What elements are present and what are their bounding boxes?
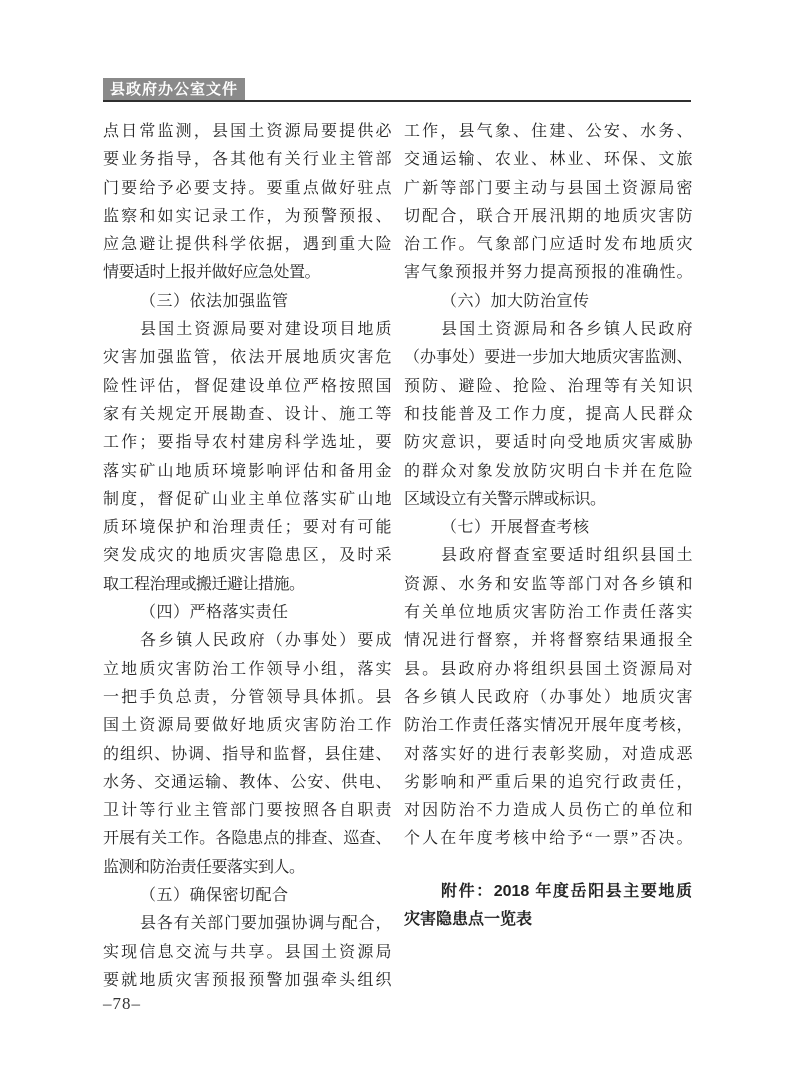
body-text-line: 防灾意识，要适时向受地质灾害威胁	[404, 429, 692, 457]
attachment-note-line: 灾害隐患点一览表	[404, 906, 692, 934]
section-heading-line: （四）严格落实责任	[103, 599, 391, 627]
header-rule-divider	[103, 100, 691, 102]
body-text-line: 质环境保护和治理责任；要对有可能	[103, 514, 391, 542]
body-text-line: 开展有关工作。各隐患点的排查、巡查、	[103, 825, 391, 853]
body-text-line: 资源、水务和安监等部门对各乡镇和	[404, 571, 692, 599]
body-text-line: 切配合，联合开展汛期的地质灾害防	[404, 203, 692, 231]
body-text-line: 个人在年度考核中给予“一票”否决。	[404, 825, 692, 853]
body-text-line: 卫计等行业主管部门要按照各自职责	[103, 797, 391, 825]
body-text-line: 点日常监测，县国土资源局要提供必	[103, 118, 391, 146]
body-text-line: 交通运输、农业、林业、环保、文旅	[404, 146, 692, 174]
body-text-line: 区域设立有关警示牌或标识。	[404, 486, 692, 514]
body-text-line: 情况进行督察，并将督察结果通报全	[404, 627, 692, 655]
page-number: –78–	[103, 994, 141, 1014]
body-text-line: 县。县政府办将组织县国土资源局对	[404, 656, 692, 684]
body-text-line: 国土资源局要做好地质灾害防治工作	[103, 712, 391, 740]
body-text-line: 监测和防治责任要落实到人。	[103, 854, 391, 882]
body-text-line: 立地质灾害防治工作领导小组，落实	[103, 656, 391, 684]
body-text-line: 实现信息交流与共享。县国土资源局	[103, 939, 391, 967]
body-text-line: 的群众对象发放防灾明白卡并在危险	[404, 458, 692, 486]
body-text-line: 情要适时上报并做好应急处置。	[103, 259, 391, 287]
attachment-note-line: 附件：2018 年度岳阳县主要地质	[404, 878, 692, 906]
body-text-line: 一把手负总责，分管领导具体抓。县	[103, 684, 391, 712]
body-text-line: 监察和如实记录工作，为预警预报、	[103, 203, 391, 231]
body-text-line: 和技能普及工作力度，提高人民群众	[404, 401, 692, 429]
body-text-line: 险性评估，督促建设单位严格按照国	[103, 373, 391, 401]
body-text-line: 对落实好的进行表彰奖励，对造成恶	[404, 741, 692, 769]
body-text-line: 预防、避险、抢险、治理等有关知识	[404, 373, 692, 401]
body-text-line: 落实矿山地质环境影响评估和备用金	[103, 458, 391, 486]
body-text-line: 有关单位地质灾害防治工作责任落实	[404, 599, 692, 627]
body-text-line: 工作；要指导农村建房科学选址，要	[103, 429, 391, 457]
body-text-line: （办事处）要进一步加大地质灾害监测、	[404, 344, 692, 372]
body-text-line: 对因防治不力造成人员伤亡的单位和	[404, 797, 692, 825]
paragraph-spacer	[404, 854, 692, 878]
body-text-line: 县政府督查室要适时组织县国土	[404, 542, 692, 570]
body-text-line: 广新等部门要主动与县国土资源局密	[404, 175, 692, 203]
body-text-line: 各乡镇人民政府（办事处）地质灾害	[404, 684, 692, 712]
body-text-line: 家有关规定开展勘查、设计、施工等	[103, 401, 391, 429]
body-text-line: 害气象预报并努力提高预报的准确性。	[404, 259, 692, 287]
body-text-line: 灾害加强监管，依法开展地质灾害危	[103, 344, 391, 372]
body-text-line: 工作，县气象、住建、公安、水务、	[404, 118, 692, 146]
section-heading-line: （七）开展督查考核	[404, 514, 692, 542]
body-text-line: 要就地质灾害预报预警加强牵头组织	[103, 967, 391, 995]
document-page: 县政府办公室文件 点日常监测，县国土资源局要提供必要业务指导，各其他有关行业主管…	[0, 0, 793, 1077]
body-text-line: 水务、交通运输、教体、公安、供电、	[103, 769, 391, 797]
body-text-line: 各乡镇人民政府（办事处）要成	[103, 627, 391, 655]
body-text-line: 制度，督促矿山业主单位落实矿山地	[103, 486, 391, 514]
header-badge-label: 县政府办公室文件	[110, 81, 238, 98]
document-body: 点日常监测，县国土资源局要提供必要业务指导，各其他有关行业主管部门要给予必要支持…	[103, 118, 692, 995]
body-text-line: 防治工作责任落实情况开展年度考核，	[404, 712, 692, 740]
body-text-line: 县各有关部门要加强协调与配合，	[103, 910, 391, 938]
header-badge: 县政府办公室文件	[103, 78, 245, 101]
body-text-line: 门要给予必要支持。要重点做好驻点	[103, 175, 391, 203]
body-text-line: 突发成灾的地质灾害隐患区，及时采	[103, 542, 391, 570]
body-text-line: 取工程治理或搬迁避让措施。	[103, 571, 391, 599]
body-text-line: 县国土资源局要对建设项目地质	[103, 316, 391, 344]
section-heading-line: （三）依法加强监管	[103, 288, 391, 316]
body-text-line: 县国土资源局和各乡镇人民政府	[404, 316, 692, 344]
left-column: 点日常监测，县国土资源局要提供必要业务指导，各其他有关行业主管部门要给予必要支持…	[103, 118, 391, 995]
body-text-line: 要业务指导，各其他有关行业主管部	[103, 146, 391, 174]
body-text-line: 的组织、协调、指导和监督，县住建、	[103, 741, 391, 769]
body-text-line: 应急避让提供科学依据，遇到重大险	[103, 231, 391, 259]
right-column: 工作，县气象、住建、公安、水务、交通运输、农业、林业、环保、文旅广新等部门要主动…	[404, 118, 692, 995]
body-text-line: 劣影响和严重后果的追究行政责任，	[404, 769, 692, 797]
body-text-line: 治工作。气象部门应适时发布地质灾	[404, 231, 692, 259]
section-heading-line: （五）确保密切配合	[103, 882, 391, 910]
section-heading-line: （六）加大防治宣传	[404, 288, 692, 316]
